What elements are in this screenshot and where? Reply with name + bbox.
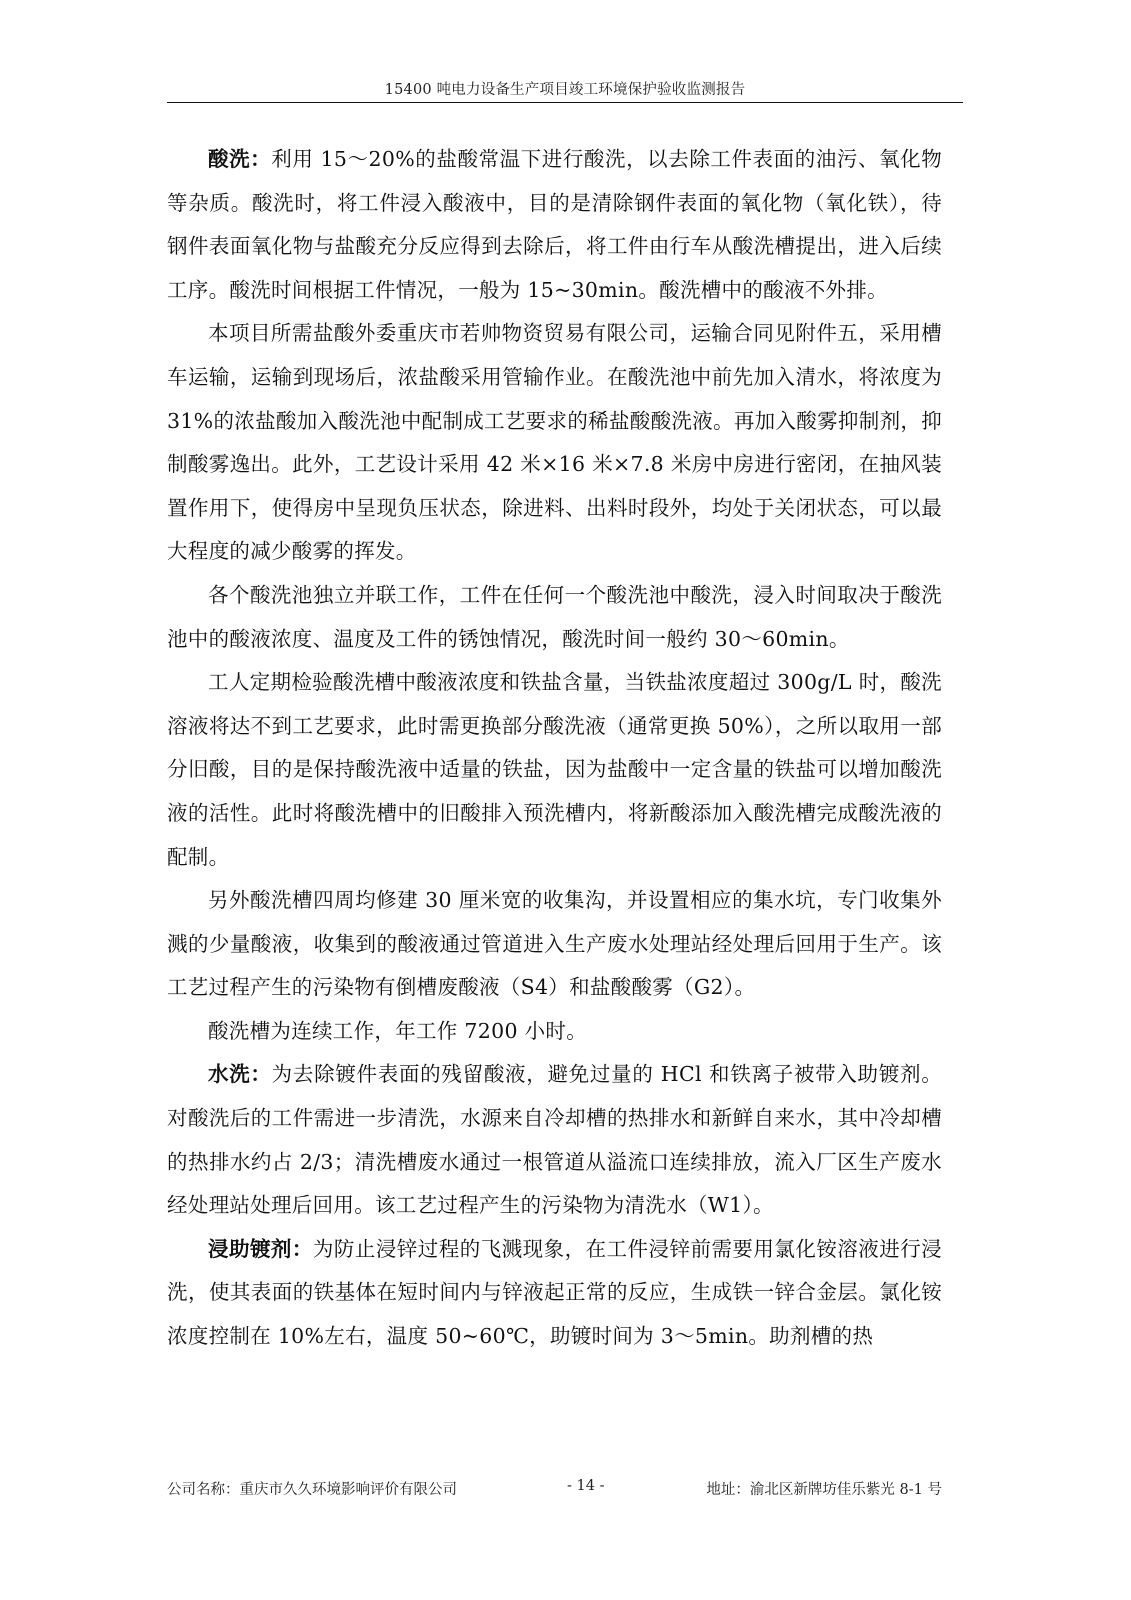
paragraph-acid-supply: 本项目所需盐酸外委重庆市若帅物资贸易有限公司，运输合同见附件五，采用槽车运输，运… (167, 312, 942, 574)
body-text: 酸洗：利用 15～20%的盐酸常温下进行酸洗，以去除工件表面的油污、氧化物等杂质… (167, 138, 942, 1359)
paragraph-text: 另外酸洗槽四周均修建 30 厘米宽的收集沟，并设置相应的集水坑，专门收集外溅的少… (167, 888, 942, 999)
paragraph-iron-salt: 工人定期检验酸洗槽中酸液浓度和铁盐含量，当铁盐浓度超过 300g/L 时，酸洗溶… (167, 661, 942, 879)
paragraph-text: 本项目所需盐酸外委重庆市若帅物资贸易有限公司，运输合同见附件五，采用槽车运输，运… (167, 321, 942, 563)
paragraph-operating-hours: 酸洗槽为连续工作，年工作 7200 小时。 (167, 1010, 942, 1054)
header-rule (167, 102, 963, 103)
paragraph-pickling: 酸洗：利用 15～20%的盐酸常温下进行酸洗，以去除工件表面的油污、氧化物等杂质… (167, 138, 942, 312)
paragraph-parallel-pools: 各个酸洗池独立并联工作，工件在任何一个酸洗池中酸洗，浸入时间取决于酸洗池中的酸液… (167, 574, 942, 661)
paragraph-text: 工人定期检验酸洗槽中酸液浓度和铁盐含量，当铁盐浓度超过 300g/L 时，酸洗溶… (167, 670, 942, 868)
paragraph-water-wash: 水洗：为去除镀件表面的残留酸液，避免过量的 HCl 和铁离子被带入助镀剂。对酸洗… (167, 1053, 942, 1227)
paragraph-text: 酸洗槽为连续工作，年工作 7200 小时。 (208, 1019, 587, 1043)
paragraph-flux-dip: 浸助镀剂：为防止浸锌过程的飞溅现象，在工件浸锌前需要用氯化铵溶液进行浸洗，使其表… (167, 1228, 942, 1359)
running-header-title: 15400 吨电力设备生产项目竣工环境保护验收监测报告 (167, 78, 963, 99)
footer-page-number: - 14 - (567, 1478, 604, 1494)
footer-address: 地址：渝北区新牌坊佳乐紫光 8-1 号 (706, 1478, 942, 1499)
paragraph-collection-ditch: 另外酸洗槽四周均修建 30 厘米宽的收集沟，并设置相应的集水坑，专门收集外溅的少… (167, 879, 942, 1010)
paragraph-lead: 酸洗： (208, 147, 271, 171)
document-page: 15400 吨电力设备生产项目竣工环境保护验收监测报告 酸洗：利用 15～20%… (0, 0, 1131, 1600)
paragraph-text: 利用 15～20%的盐酸常温下进行酸洗，以去除工件表面的油污、氧化物等杂质。酸洗… (167, 147, 942, 302)
page-footer: 公司名称：重庆市久久环境影响评价有限公司 - 14 - 地址：渝北区新牌坊佳乐紫… (167, 1478, 942, 1502)
paragraph-lead: 浸助镀剂： (208, 1237, 313, 1261)
paragraph-lead: 水洗： (208, 1062, 272, 1086)
paragraph-text: 各个酸洗池独立并联工作，工件在任何一个酸洗池中酸洗，浸入时间取决于酸洗池中的酸液… (167, 583, 942, 651)
footer-company: 公司名称：重庆市久久环境影响评价有限公司 (167, 1478, 457, 1499)
paragraph-text: 为去除镀件表面的残留酸液，避免过量的 HCl 和铁离子被带入助镀剂。对酸洗后的工… (167, 1062, 942, 1217)
